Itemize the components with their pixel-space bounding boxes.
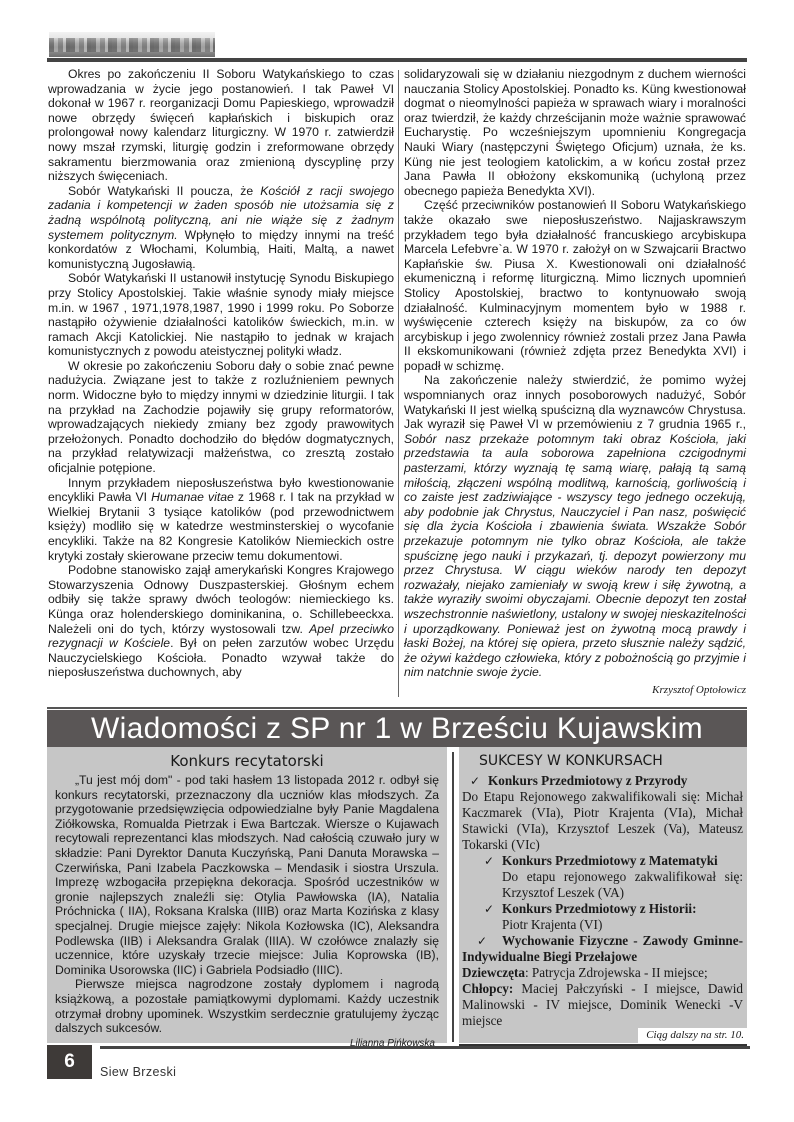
header-photo-town-panorama <box>49 32 215 57</box>
successes-panel: SUKCESY W KONKURSACH ✓Konkurs Przedmioto… <box>459 747 747 1043</box>
continued-note: Ciąg dalszy na str. 10. <box>638 1028 747 1043</box>
section-banner: Wiadomości z SP nr 1 w Brześciu Kujawski… <box>47 710 747 747</box>
success-item-body: Piotr Krajenta (VI) <box>462 917 743 933</box>
panel-divider <box>452 752 454 1042</box>
check-icon: ✓ <box>462 933 502 949</box>
recitation-paragraph: Pierwsze miejsca nagrodzone zostały dypl… <box>55 977 439 1035</box>
article-paragraph: Sobór Watykański II ustanowił instytucję… <box>48 271 394 359</box>
successes-title: SUKCESY W KONKURSACH <box>459 749 747 773</box>
recitation-contest-panel: Konkurs recytatorski „Tu jest mój dom" -… <box>47 747 447 1043</box>
article-column-right: solidaryzowali się w działaniu niezgodny… <box>404 67 746 698</box>
success-item: ✓Wychowanie Fizyczne - Zawody Gminne- In… <box>462 933 743 965</box>
article-paragraph: Okres po zakończeniu II Soboru Watykańsk… <box>48 67 394 184</box>
successes-body: ✓Konkurs Przedmiotowy z Przyrody Do Etap… <box>459 773 747 1029</box>
success-item: ✓Konkurs Przedmiotowy z Matematyki <box>462 853 743 869</box>
article-paragraph: solidaryzowali się w działaniu niezgodny… <box>404 67 746 198</box>
recitation-paragraph: „Tu jest mój dom" - pod taki hasłem 13 l… <box>55 773 439 977</box>
success-item-body: Do Etapu Rejonowego zakwalifikowali się:… <box>462 789 743 853</box>
article-paragraph: Podobne stanowisko zajął amerykański Kon… <box>48 563 394 680</box>
article-paragraph: Sobór Watykański II poucza, że Kościół z… <box>48 184 394 272</box>
article-paragraph: Na zakończenie należy stwierdzić, że pom… <box>404 373 746 679</box>
results-girls: Dziewczęta: Patrycja Zdrojewska - II mie… <box>462 965 743 981</box>
section-rule <box>47 707 747 709</box>
check-icon: ✓ <box>462 773 488 789</box>
header-rule <box>47 58 747 62</box>
recitation-title: Konkurs recytatorski <box>47 749 447 773</box>
check-icon: ✓ <box>476 853 502 869</box>
check-icon: ✓ <box>476 901 502 917</box>
article-paragraph: Część przeciwników postanowień II Soboru… <box>404 198 746 373</box>
page-number: 6 <box>47 1045 92 1079</box>
results-boys: Chłopcy: Maciej Pałczyński - I miejsce, … <box>462 981 743 1029</box>
success-item: ✓Konkurs Przedmiotowy z Historii: <box>462 901 743 917</box>
article-column-left: Okres po zakończeniu II Soboru Watykańsk… <box>48 67 394 680</box>
column-divider <box>398 70 399 697</box>
article-paragraph: Innym przykładem nieposłuszeństwa było k… <box>48 476 394 564</box>
article-author: Krzysztof Optołowicz <box>404 683 746 698</box>
success-item-body: Do etapu rejonowego zakwalifikował się: … <box>462 869 743 901</box>
article-paragraph: W okresie po zakończeniu Soboru dały o s… <box>48 359 394 476</box>
recitation-body: „Tu jest mój dom" - pod taki hasłem 13 l… <box>47 773 447 1051</box>
publication-name: Siew Brzeski <box>100 1065 176 1079</box>
recitation-author: Lilianna Pińkowska <box>55 1037 439 1052</box>
success-item: ✓Konkurs Przedmiotowy z Przyrody <box>462 773 743 789</box>
footer-rule <box>100 1046 750 1049</box>
